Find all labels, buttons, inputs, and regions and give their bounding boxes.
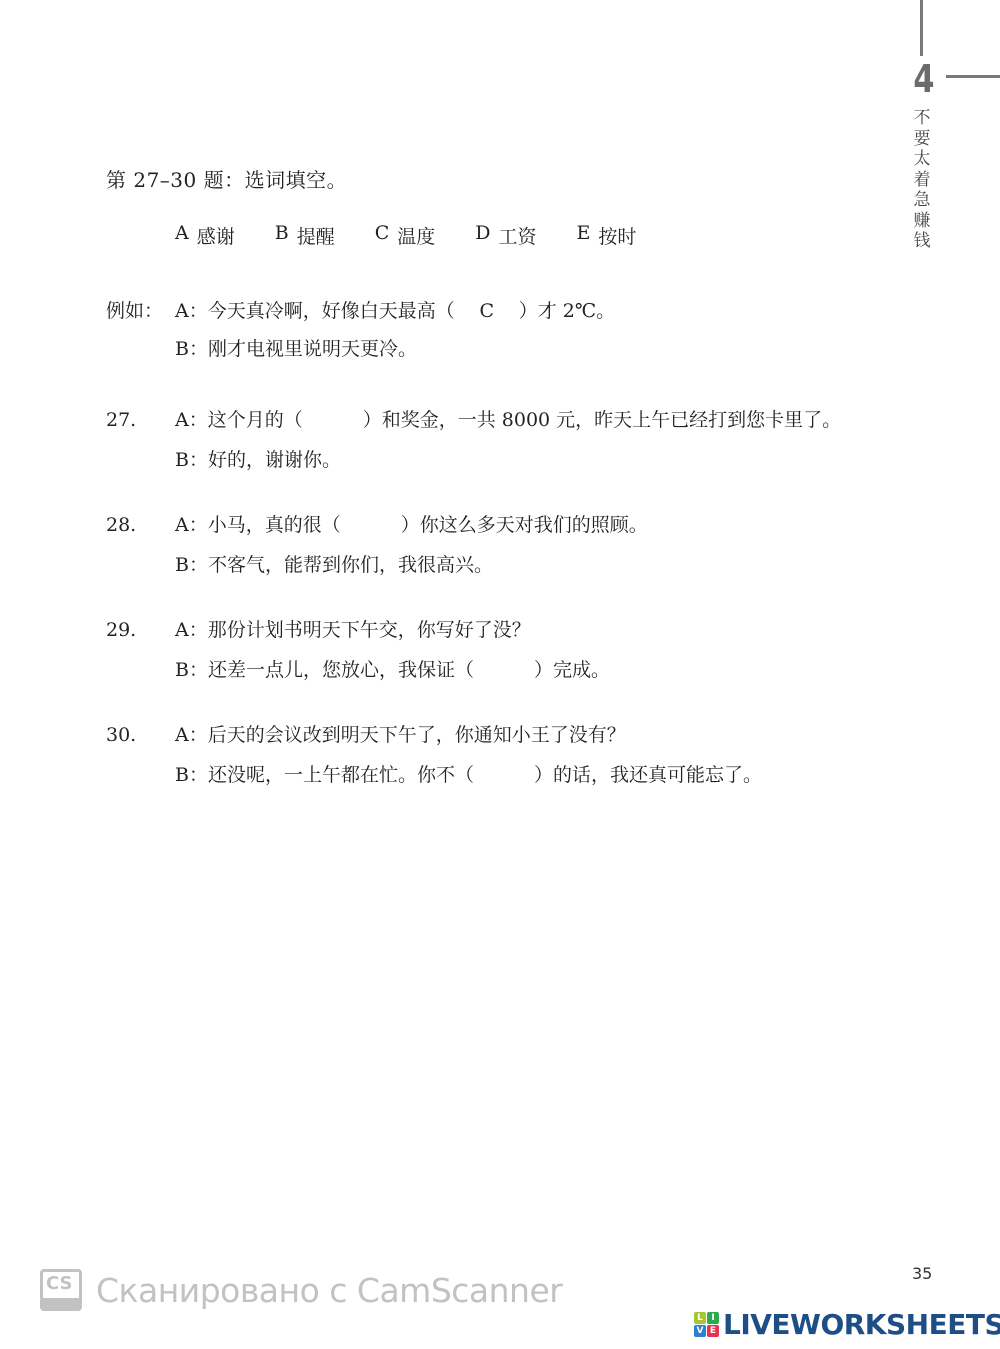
question-line-b: B：不客气，能帮到你们，我很高兴。	[175, 550, 493, 577]
line-text: ）完成。	[534, 659, 610, 681]
word-option-a: A感谢	[175, 222, 235, 249]
option-letter: E	[577, 222, 591, 249]
example-line-b: B：刚才电视里说明天更冷。	[175, 334, 417, 361]
side-divider-vertical	[920, 0, 923, 56]
option-letter: C	[375, 222, 390, 249]
tile-v: V	[694, 1325, 706, 1337]
word-bank: A感谢 B提醒 C温度 D工资 E按时	[175, 222, 676, 249]
question-line-a: A：后天的会议改到明天下午了，你通知小王了没有？	[175, 720, 626, 747]
word-option-e: E按时	[577, 222, 637, 249]
question-line-b: B：还没呢，一上午都在忙。你不（）的话，我还真可能忘了。	[175, 760, 762, 787]
line-text: ）才 2℃。	[519, 300, 615, 322]
tile-e: E	[707, 1325, 719, 1337]
question-30: 30. A：后天的会议改到明天下午了，你通知小王了没有？ B：还没呢，一上午都在…	[106, 720, 762, 800]
option-word: 温度	[397, 222, 435, 249]
camscanner-icon-text: CS	[46, 1273, 73, 1294]
camscanner-icon-bar	[43, 1298, 79, 1308]
question-28: 28. A：小马，真的很（）你这么多天对我们的照顾。 B：不客气，能帮到你们，我…	[106, 510, 648, 590]
option-letter: B	[275, 222, 289, 249]
example-label: 例如：	[106, 296, 175, 323]
question-line-b: B：还差一点儿，您放心，我保证（）完成。	[175, 655, 610, 682]
chapter-number: 4	[912, 58, 936, 100]
liveworksheets-logo: L I V E LIVEWORKSHEETS	[694, 1308, 1000, 1341]
camscanner-logo-icon: CS	[40, 1269, 82, 1311]
question-line-a: A：那份计划书明天下午交，你写好了没？	[175, 615, 531, 642]
side-divider-horizontal	[946, 75, 1000, 78]
line-text: A：这个月的（	[175, 409, 303, 431]
example-block: 例如： A：今天真冷啊，好像白天最高（C）才 2℃。 B：刚才电视里说明天更冷。	[106, 296, 615, 374]
question-line-b: B：好的，谢谢你。	[175, 445, 341, 472]
page-number: 35	[912, 1264, 932, 1283]
line-text: B：还没呢，一上午都在忙。你不（	[175, 764, 474, 786]
line-text: A：今天真冷啊，好像白天最高（	[175, 300, 455, 322]
chapter-title: 不要太着急赚钱	[911, 108, 933, 252]
option-letter: D	[475, 222, 490, 249]
question-29: 29. A：那份计划书明天下午交，你写好了没？ B：还差一点儿，您放心，我保证（…	[106, 615, 610, 695]
tile-i: I	[707, 1312, 719, 1324]
question-line-a: A：这个月的（）和奖金，一共 8000 元，昨天上午已经打到您卡里了。	[175, 405, 841, 432]
option-word: 感谢	[197, 222, 235, 249]
liveworksheets-wordmark: LIVEWORKSHEETS	[723, 1308, 1000, 1341]
line-text: ）你这么多天对我们的照顾。	[401, 514, 648, 536]
camscanner-watermark: CS Сканировано с CamScanner	[40, 1269, 562, 1311]
tile-l: L	[694, 1312, 706, 1324]
line-text: B：还差一点儿，您放心，我保证（	[175, 659, 474, 681]
option-letter: A	[175, 222, 189, 249]
option-word: 工资	[499, 222, 537, 249]
example-answer: C	[455, 300, 519, 322]
question-27: 27. A：这个月的（）和奖金，一共 8000 元，昨天上午已经打到您卡里了。 …	[106, 405, 841, 485]
line-text: ）的话，我还真可能忘了。	[534, 764, 762, 786]
question-number: 30.	[106, 724, 175, 746]
example-line-a: A：今天真冷啊，好像白天最高（C）才 2℃。	[175, 296, 615, 323]
word-option-d: D工资	[475, 222, 536, 249]
line-text: A：小马，真的很（	[175, 514, 341, 536]
question-number: 27.	[106, 409, 175, 431]
live-tiles-icon: L I V E	[694, 1312, 719, 1337]
instruction-heading: 第 27–30 题：选词填空。	[106, 164, 347, 193]
option-word: 提醒	[297, 222, 335, 249]
camscanner-text: Сканировано с CamScanner	[96, 1271, 562, 1310]
question-line-a: A：小马，真的很（）你这么多天对我们的照顾。	[175, 510, 648, 537]
word-option-c: C温度	[375, 222, 436, 249]
question-number: 28.	[106, 514, 175, 536]
line-text: ）和奖金，一共 8000 元，昨天上午已经打到您卡里了。	[363, 409, 841, 431]
question-number: 29.	[106, 619, 175, 641]
option-word: 按时	[598, 222, 636, 249]
word-option-b: B提醒	[275, 222, 335, 249]
